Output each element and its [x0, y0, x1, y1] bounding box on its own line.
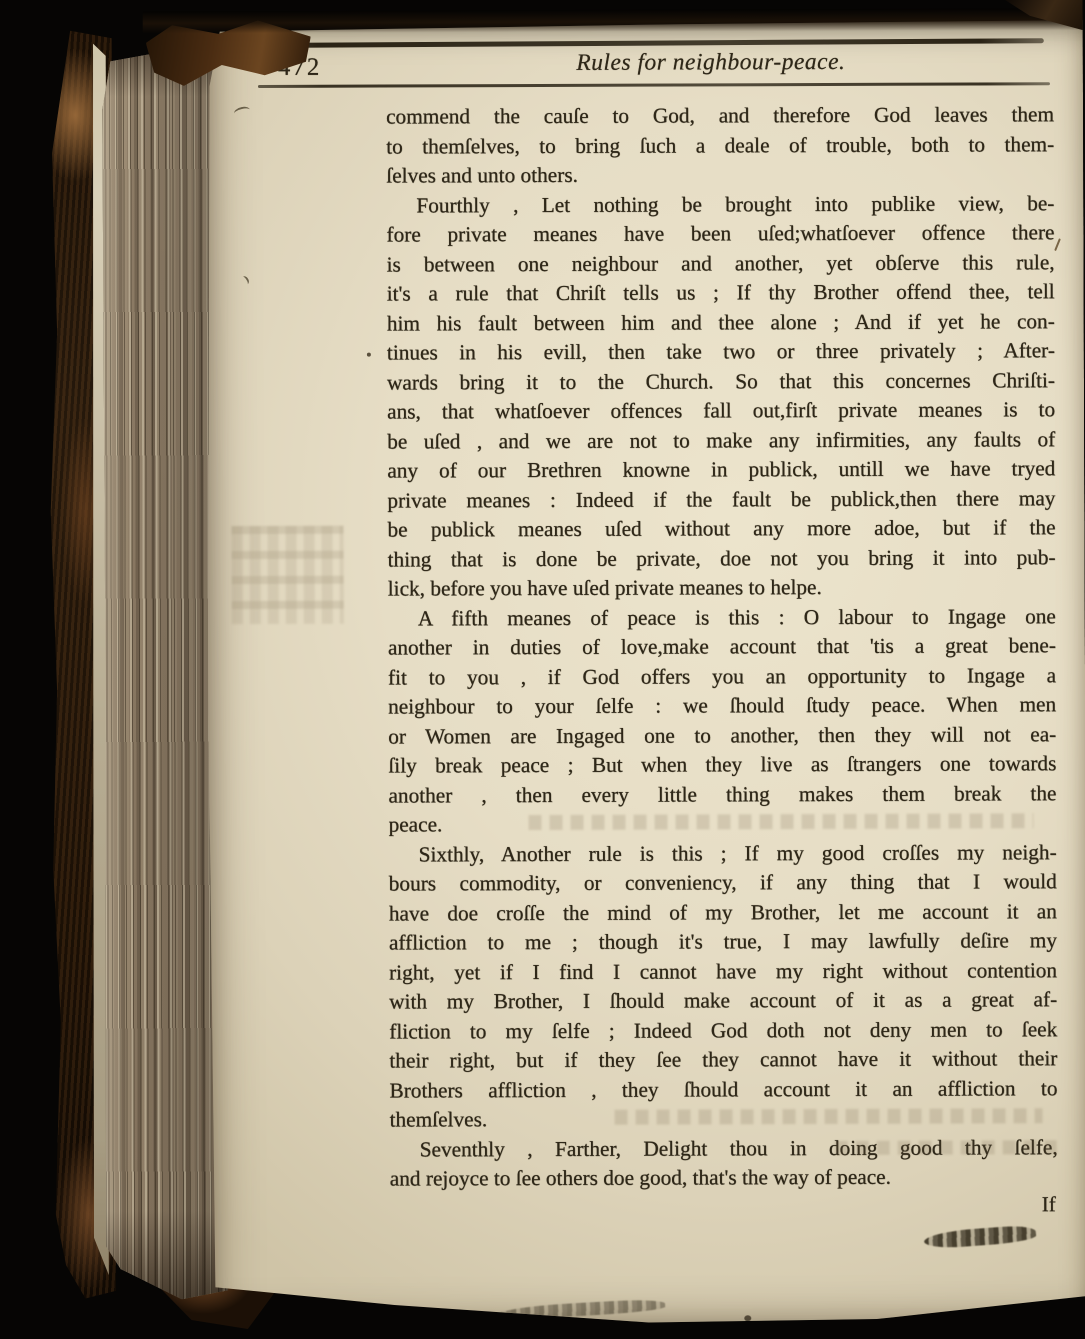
text-line: ans, that whatſoever offences fall out,f…	[387, 395, 1055, 427]
bleedthrough-ghost	[231, 526, 343, 624]
text-line: Fourthly , Let nothing be brought into p…	[386, 189, 1054, 221]
text-line: Sixthly, Another rule is this ; If my go…	[389, 838, 1057, 870]
text-line: another , then every little thing makes …	[388, 779, 1056, 811]
text-line: wards bring it to the Church. So that th…	[387, 366, 1055, 398]
text-line: it's a rule that Chriſt tells us ; If th…	[387, 277, 1055, 309]
text-line: any of our Brethren knowne in publick, u…	[387, 454, 1055, 486]
ink-smudge	[924, 1224, 1037, 1249]
text-line: ſelves and unto others.	[386, 159, 1054, 191]
text-line: to themſelves, to bring ſuch a deale of …	[386, 130, 1054, 162]
text-line: is between one neighbour and another, ye…	[387, 248, 1055, 280]
text-line: private meanes : Indeed if the fault be …	[387, 484, 1055, 516]
text-line: tinues in his evill, then take two or th…	[387, 336, 1055, 368]
header-rule-top	[254, 38, 1044, 48]
text-line: another in duties of love,make account t…	[388, 631, 1056, 663]
text-line: neighbour to your ſelfe : we ſhould ſtud…	[388, 690, 1056, 722]
book-top-shadow	[143, 8, 1083, 33]
text-line: ſily break peace ; But when they live as…	[388, 749, 1056, 781]
bleedthrough-ghost	[529, 813, 1034, 830]
text-line: fliction to my ſelfe ; Indeed God doth n…	[389, 1015, 1057, 1047]
text-line: Brothers affliction , they ſhould accoun…	[389, 1074, 1057, 1106]
text-line: fit to you , if God offers you an opport…	[388, 661, 1056, 693]
book: 472 Rules for neighbour-peace. commend t…	[0, 0, 1085, 1339]
text-line: and rejoyce to ſee others doe good, that…	[390, 1162, 1058, 1194]
book-page: 472 Rules for neighbour-peace. commend t…	[206, 18, 1085, 1333]
text-line: or Women are Ingaged one to another, the…	[388, 720, 1056, 752]
text-line: A fifth meanes of peace is this : O labo…	[388, 602, 1056, 634]
margin-mark	[1054, 238, 1061, 251]
text-line: their right, but if they ſee they cannot…	[389, 1044, 1057, 1076]
bleedthrough-ghost	[615, 1108, 1043, 1124]
text-line: affliction to me ; though it's true, I m…	[389, 926, 1057, 958]
text-line: right, yet if I find I cannot have my ri…	[389, 956, 1057, 988]
text-line: him his fault between him and thee alone…	[387, 307, 1055, 339]
text-line: be uſed , and we are not to make any inf…	[387, 425, 1055, 457]
margin-mark	[240, 275, 251, 286]
text-line: thing that is done be private, doe not y…	[388, 543, 1056, 575]
photo-background: 472 Rules for neighbour-peace. commend t…	[0, 0, 1085, 1339]
catchword: If	[390, 1192, 1056, 1219]
header-rule-bottom	[258, 82, 1050, 87]
margin-mark	[233, 105, 251, 118]
text-line: have doe croſſe the mind of my Brother, …	[389, 897, 1057, 929]
body-text: commend the cauſe to God, and therefore …	[386, 100, 1058, 1194]
bleedthrough-ghost	[835, 1140, 1057, 1155]
text-line: commend the cauſe to God, and therefore …	[386, 100, 1054, 132]
ink-spot	[744, 1315, 751, 1321]
ink-smudge	[497, 1298, 665, 1320]
text-line: with my Brother, I ſhould make account o…	[389, 985, 1057, 1017]
text-line: fore private meanes have been uſed;whatſ…	[386, 218, 1054, 250]
text-line: lick, before you have uſed private meane…	[388, 572, 1056, 604]
text-line: be publick meanes uſed without any more …	[387, 513, 1055, 545]
text-line: bours commodity, or conveniency, if any …	[389, 867, 1057, 899]
running-title: Rules for neighbour-peace.	[536, 49, 886, 77]
margin-mark	[367, 353, 371, 357]
